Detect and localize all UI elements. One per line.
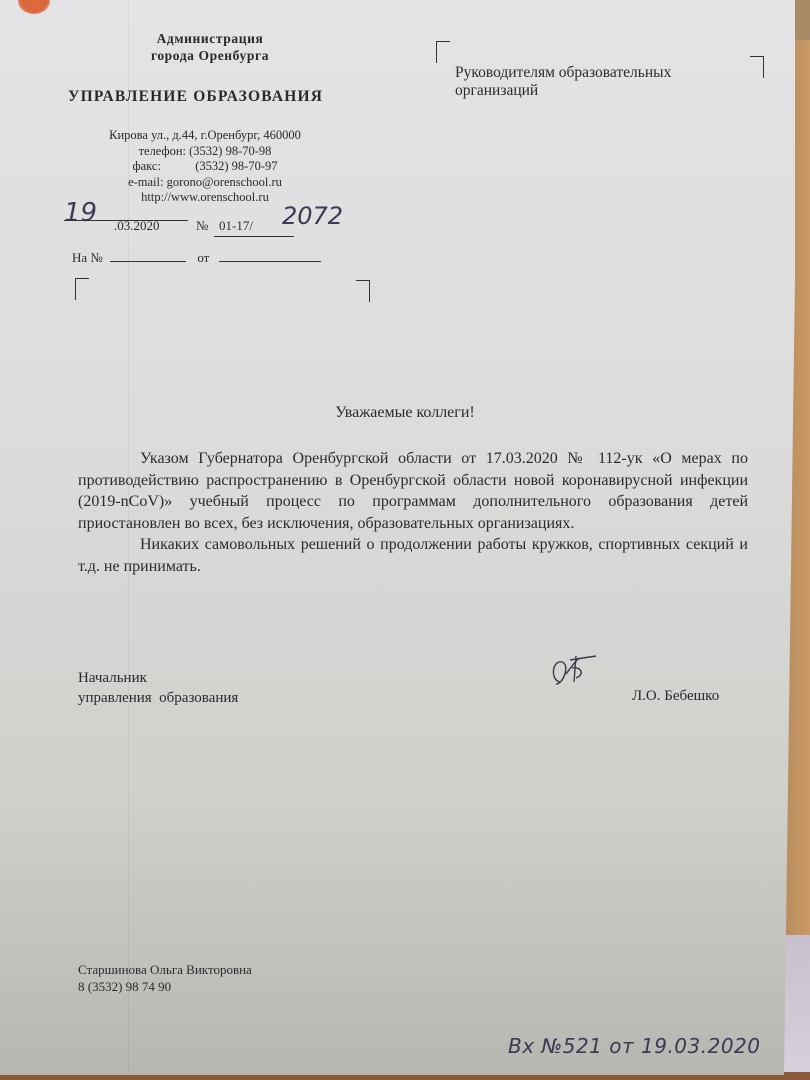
- letter-page: Администрация города Оренбурга УПРАВЛЕНИ…: [0, 0, 795, 1075]
- from-label: от: [197, 250, 209, 265]
- registration-date-number: 19 .03.2020 № 01-17/ 2072: [64, 208, 364, 238]
- recipient-line1: Руководителям образовательных: [455, 64, 755, 82]
- fax-number: (3532) 98-70-97: [195, 159, 277, 173]
- corner-mark-tr: [356, 280, 370, 302]
- handwritten-number: 2072: [282, 202, 343, 230]
- letter-body: Указом Губернатора Оренбургской области …: [78, 448, 748, 577]
- incoming-registration-note: Вх №521 от 19.03.2020: [508, 1034, 761, 1058]
- address: Кирова ул., д.44, г.Оренбург, 460000: [80, 128, 330, 144]
- department-title: УПРАВЛЕНИЕ ОБРАЗОВАНИЯ: [68, 88, 323, 106]
- date-suffix: .03.2020: [114, 218, 160, 234]
- corner-mark-recipient-tl: [436, 41, 450, 63]
- number-prefix: 01-17/: [219, 218, 253, 234]
- executor-name: Старшинова Ольга Викторовна: [78, 961, 252, 978]
- signatory-name: Л.О. Бебешко: [632, 688, 719, 705]
- reply-reference: На № от: [72, 248, 321, 266]
- body-paragraph-2: Никаких самовольных решений о продолжени…: [78, 534, 748, 577]
- handwritten-signature: [546, 652, 616, 692]
- body-paragraph-1: Указом Губернатора Оренбургской области …: [78, 448, 748, 534]
- letterhead-admin: Администрация города Оренбурга: [120, 30, 300, 64]
- number-label: №: [196, 218, 208, 234]
- fax-row: факс: (3532) 98-70-97: [80, 159, 330, 175]
- executor-phone: 8 (3532) 98 74 90: [78, 978, 252, 995]
- handwritten-day: 19: [64, 198, 97, 228]
- letterhead-contacts: Кирова ул., д.44, г.Оренбург, 460000 тел…: [80, 128, 330, 206]
- reply-label: На №: [72, 250, 103, 265]
- executor-info: Старшинова Ольга Викторовна 8 (3532) 98 …: [78, 961, 252, 995]
- phone: телефон: (3532) 98-70-98: [80, 144, 330, 160]
- admin-line2: города Оренбурга: [120, 47, 300, 64]
- recipient-line2: организаций: [455, 82, 755, 100]
- fax-label: факс:: [133, 159, 161, 173]
- admin-line1: Администрация: [120, 30, 300, 47]
- signatory-title: Начальник управления образования: [78, 668, 238, 708]
- signatory-title-line1: Начальник: [78, 668, 238, 688]
- corner-mark-tl: [75, 278, 89, 300]
- signatory-title-line2: управления образования: [78, 688, 238, 708]
- recipient: Руководителям образовательных организаци…: [455, 64, 755, 100]
- email: e-mail: gorono@orenschool.ru: [80, 175, 330, 191]
- orange-object: [18, 0, 50, 14]
- greeting: Уважаемые коллеги!: [0, 404, 810, 422]
